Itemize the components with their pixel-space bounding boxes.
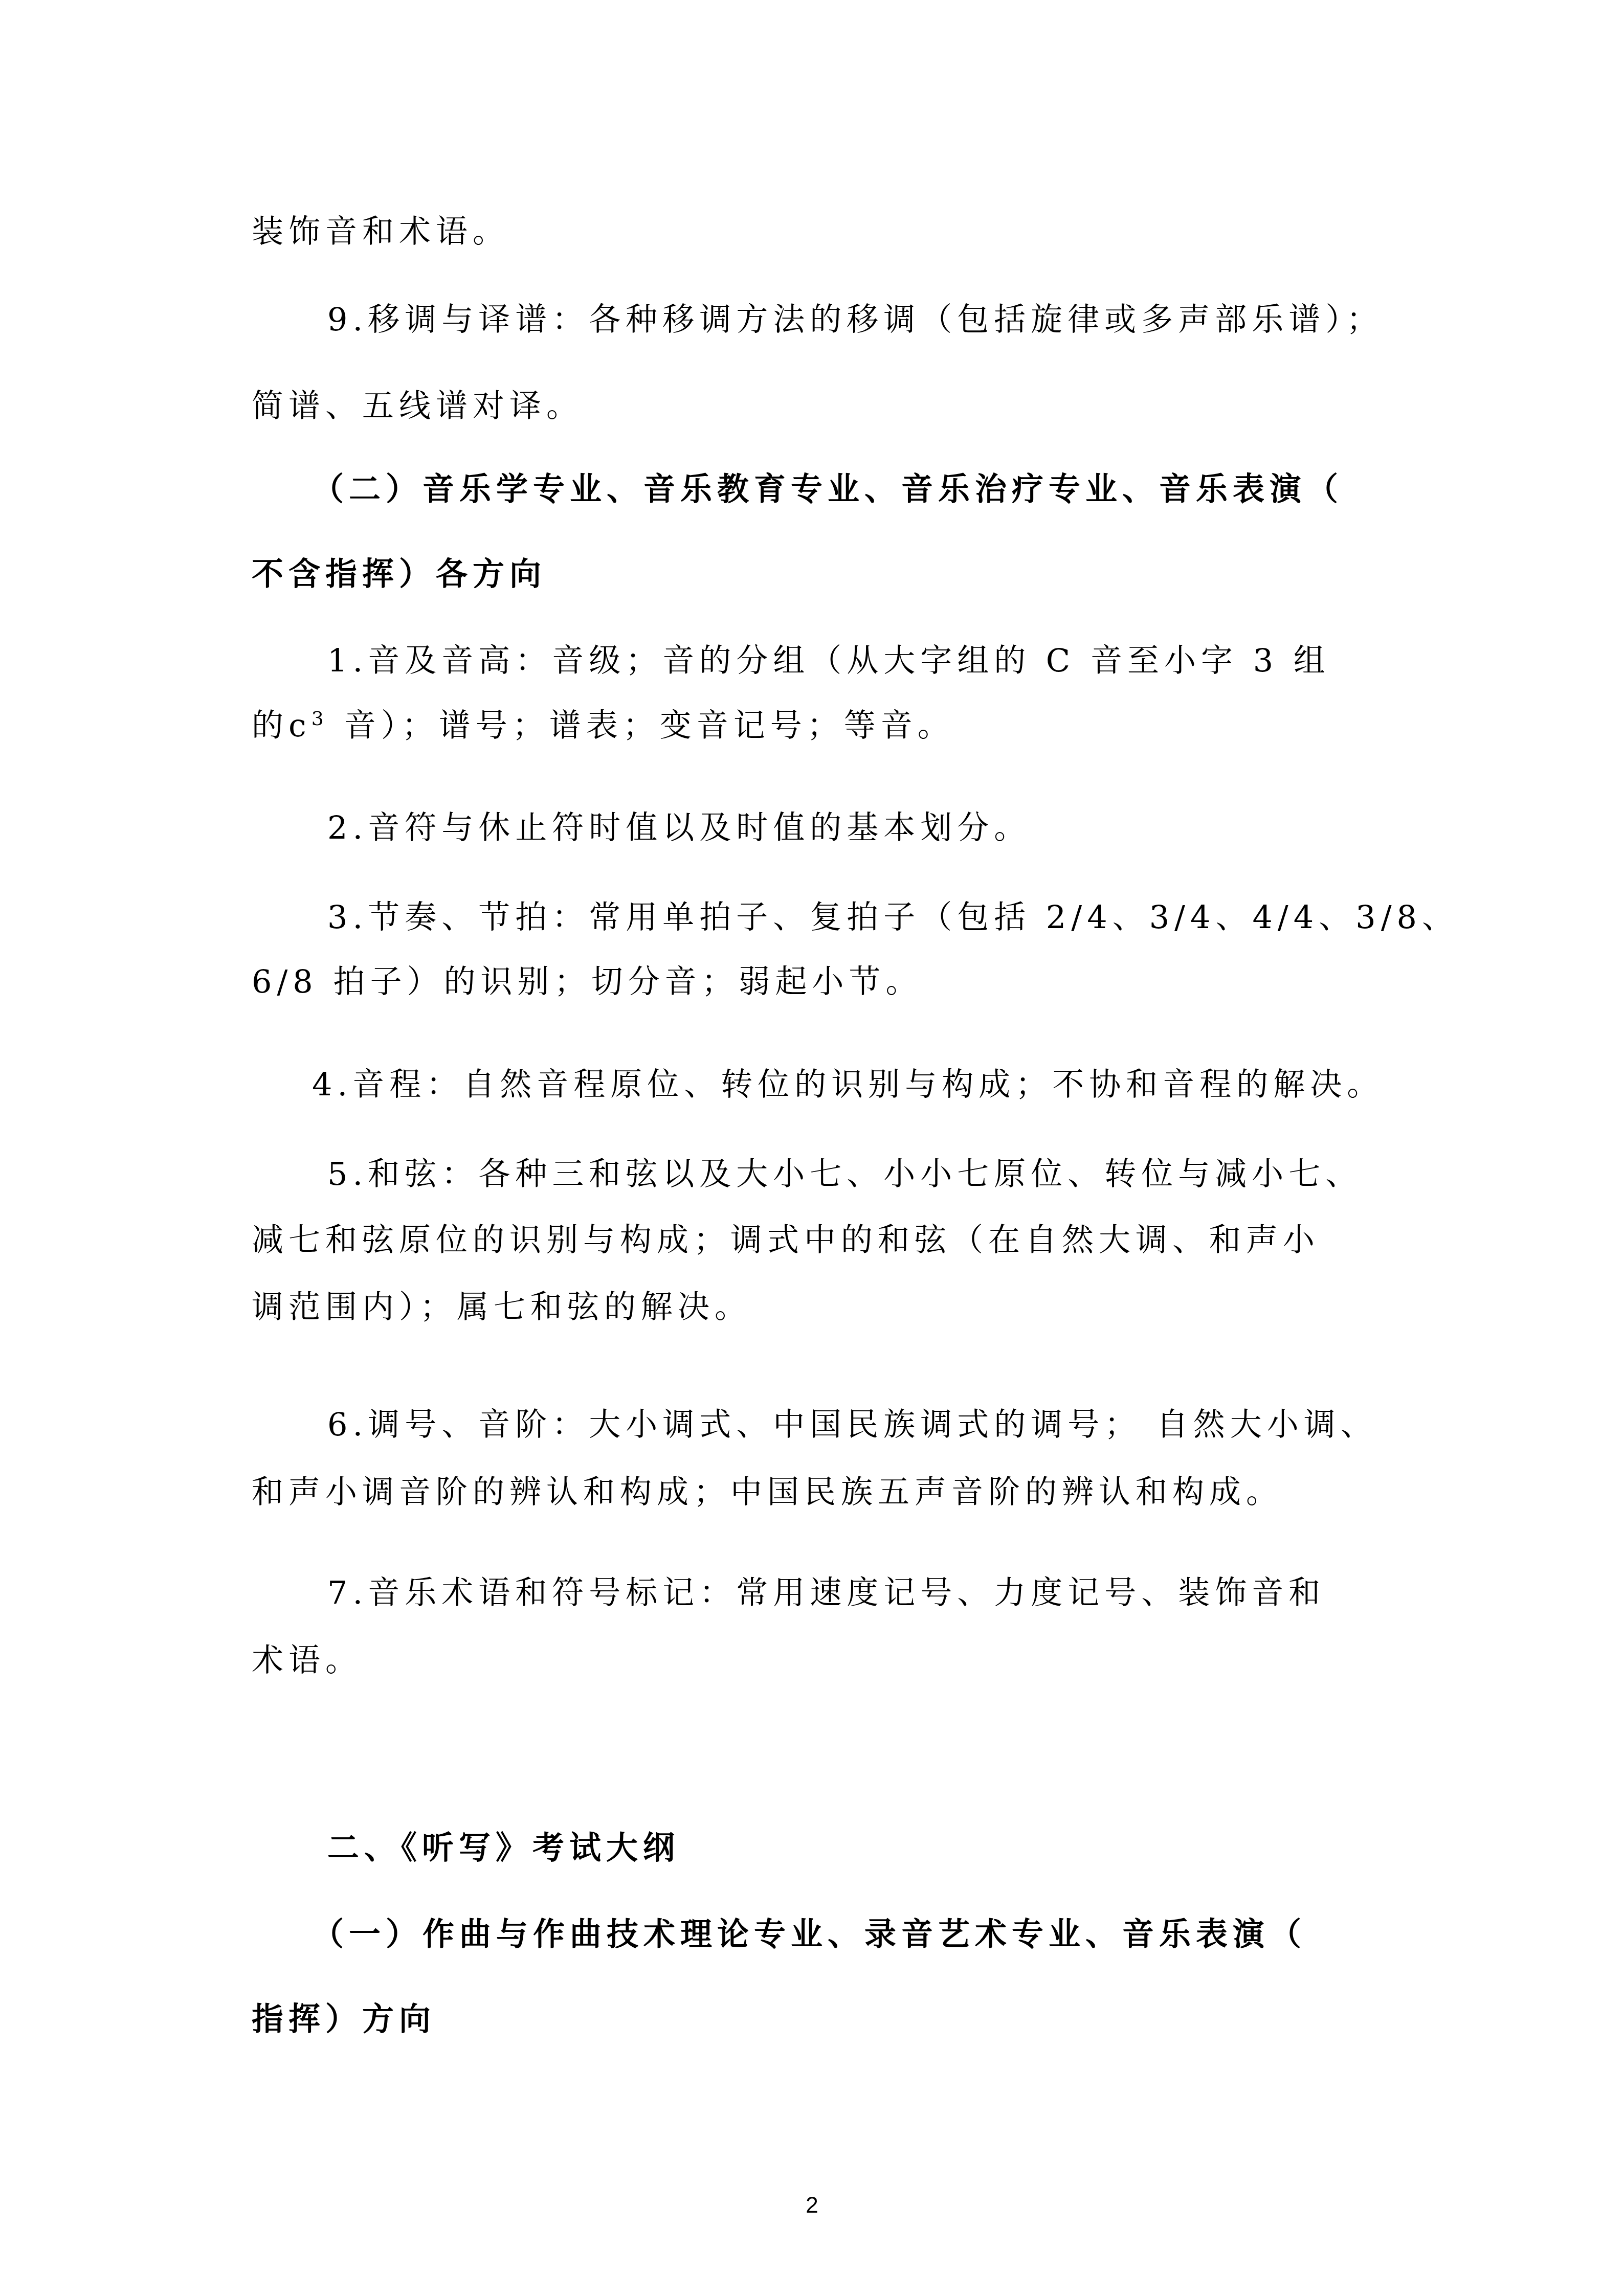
body-text-line: 调范围内）；属七和弦的解决。 <box>252 1287 751 1327</box>
superscript: 3 <box>312 707 329 730</box>
list-item-3: 3.节奏、节拍：常用单拍子、复拍子（包括 2/4、3/4、4/4、3/8、 <box>327 897 1459 938</box>
body-text-line: 简谱、五线谱对译。 <box>252 386 583 426</box>
body-text-line: 装饰音和术语。 <box>252 211 509 252</box>
text-fragment: 音）；谱号；谱表；变音记号；等音。 <box>329 707 954 744</box>
section-heading-continued: 不含指挥）各方向 <box>252 554 546 595</box>
body-text-line: 6/8 拍子）的识别；切分音；弱起小节。 <box>252 961 923 1002</box>
body-text-line: 的c3 音）；谱号；谱表；变音记号；等音。 <box>252 705 954 746</box>
section-heading: （二）音乐学专业、音乐教育专业、音乐治疗专业、音乐表演（ <box>312 469 1343 510</box>
body-text-line: 和声小调音阶的辨认和构成；中国民族五声音阶的辨认和构成。 <box>252 1472 1283 1513</box>
list-item-2: 2.音符与休止符时值以及时值的基本划分。 <box>327 807 1031 848</box>
body-text-line: 术语。 <box>252 1640 362 1681</box>
text-fragment: 的c <box>252 707 312 744</box>
page-number: 2 <box>0 2193 1624 2218</box>
list-item-1: 1.音及音高：音级；音的分组（从大字组的 C 音至小字 3 组 <box>327 640 1330 681</box>
list-item-9: 9.移调与译谱：各种移调方法的移调（包括旋律或多声部乐谱）； <box>327 299 1383 340</box>
list-item-6: 6.调号、音阶：大小调式、中国民族调式的调号； 自然大小调、 <box>327 1404 1377 1445</box>
body-text-line: 减七和弦原位的识别与构成；调式中的和弦（在自然大调、和声小 <box>252 1220 1320 1260</box>
list-item-4: 4.音程：自然音程原位、转位的识别与构成；不协和音程的解决。 <box>312 1064 1384 1105</box>
list-item-5: 5.和弦：各种三和弦以及大小七、小小七原位、转位与减小七、 <box>327 1154 1362 1195</box>
section-heading: （一）作曲与作曲技术理论专业、录音艺术专业、音乐表演（ <box>312 1914 1306 1955</box>
list-item-7: 7.音乐术语和符号标记：常用速度记号、力度记号、装饰音和 <box>327 1572 1325 1613</box>
section-heading-continued: 指挥）方向 <box>252 1999 436 2040</box>
chapter-heading: 二、《听写》考试大纲 <box>327 1828 680 1869</box>
